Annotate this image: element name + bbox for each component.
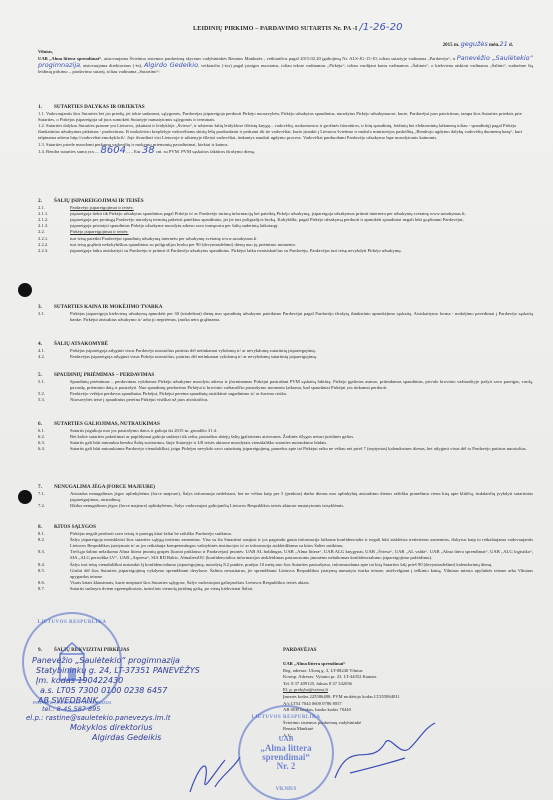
- section-4: 4.ŠALIŲ ATSAKOMYBĖ 4.1.Pirkėjas įsiparei…: [38, 341, 533, 360]
- clause: 1.2. Sutarties dalykas Sutarties prasme …: [38, 123, 533, 141]
- buyer-signature: [185, 752, 245, 797]
- buyer-stamp: LIETUVOS RESPUBLIKA PANEVĖŽIO „SAULĖTEKI…: [22, 612, 122, 712]
- section-5: 5.SPAUDINIŲ PRIĖMIMAS – PERDAVIMAS 5.1.S…: [38, 372, 533, 403]
- section-1: 1.SUTARTIES DALYKAS IR OBJEKTAS 1.1. Vad…: [38, 104, 533, 155]
- clause: 7.2.Iškilus nenugalimos jėgos (force maj…: [38, 503, 533, 509]
- clause: 1.1. Vadovaujantis šios Sutarties bei jo…: [38, 111, 533, 123]
- handwritten-contract-number: /1-26-20: [359, 22, 402, 33]
- clause: 5.1.Spaudinių priėmimas – perdavimas vyk…: [38, 379, 533, 391]
- tower-icon: [54, 640, 90, 684]
- section-3: 3.SUTARTIES KAINA IR MOKĖJIMO TVARKA 3.1…: [38, 304, 533, 323]
- handwritten-sum-cents: 38: [142, 145, 155, 156]
- intro-paragraph: Vilnius, UAB „Alma littera sprendimai“, …: [38, 49, 533, 75]
- section-7: 7.NENUGALIMA JĖGA (FORCE MAJEURE) 7.1.At…: [38, 484, 533, 509]
- clause: 8.7.Sutartis sudaryta dviem egzemplioria…: [38, 586, 533, 592]
- handwritten-month: gegužės: [461, 40, 488, 48]
- clause: 4.2.Pardavėjas įsipareigoja atlyginti vi…: [38, 354, 533, 360]
- clause: 8.5.Ginčai dėl šios Sutarties įsipareigo…: [38, 568, 533, 580]
- handwritten-day: 21: [499, 40, 507, 48]
- section-6: 6.SUTARTIES GALIOJIMAS, NUTRAUKIMAS 6.1.…: [38, 421, 533, 452]
- document-title: LEIDINIŲ PIRKIMO – PARDAVIMO SUTARTIS Nr…: [193, 25, 403, 32]
- section-8: 8.KITOS SĄLYGOS 8.1.Pirkėjas negali perd…: [38, 524, 533, 592]
- clause: 7.1.Atsiradus nenugalimos jėgos aplinkyb…: [38, 491, 533, 503]
- clause: 8.2.Šalys įsipareigoja neatskleisti šios…: [38, 537, 533, 549]
- seller-heading: PARDAVĖJAS: [283, 647, 317, 653]
- clause: 5.3.Nuosavybės teisė į spaudinius perein…: [38, 397, 533, 403]
- seller-signature: [330, 718, 440, 788]
- hole-punch: [18, 283, 32, 297]
- clause: 2.2.3.įsipareigoja laiku atsiskaityti su…: [38, 248, 533, 254]
- clause: 6.4.Sutartis gali būti nutraukiama Parda…: [38, 446, 533, 452]
- clause-total-sum: 1.4. Bendra sutarties suma yra......8604…: [38, 148, 533, 155]
- handwritten-sum-eur: 8604: [101, 145, 126, 156]
- document-date: 2015 m. gegužės mėn.21 d.: [443, 41, 513, 49]
- handwritten-director-name: Algirdo Gedeikio: [144, 61, 198, 69]
- hole-punch: [18, 490, 32, 504]
- clause: 3.1.Pirkėjas įsipareigoja kiekvieną užsa…: [38, 311, 533, 323]
- seller-stamp: LIETUVOS RESPUBLIKA UAB „Alma littera sp…: [238, 705, 334, 800]
- clause: 8.3.Trečiąja šalimi nelaikoma Alma litte…: [38, 549, 533, 561]
- section-2: 2.ŠALIŲ ĮSIPAREIGOJIMAI IR TEISĖS 2.1.Pa…: [38, 198, 533, 254]
- contract-page: LEIDINIŲ PIRKIMO – PARDAVIMO SUTARTIS Nr…: [0, 0, 553, 800]
